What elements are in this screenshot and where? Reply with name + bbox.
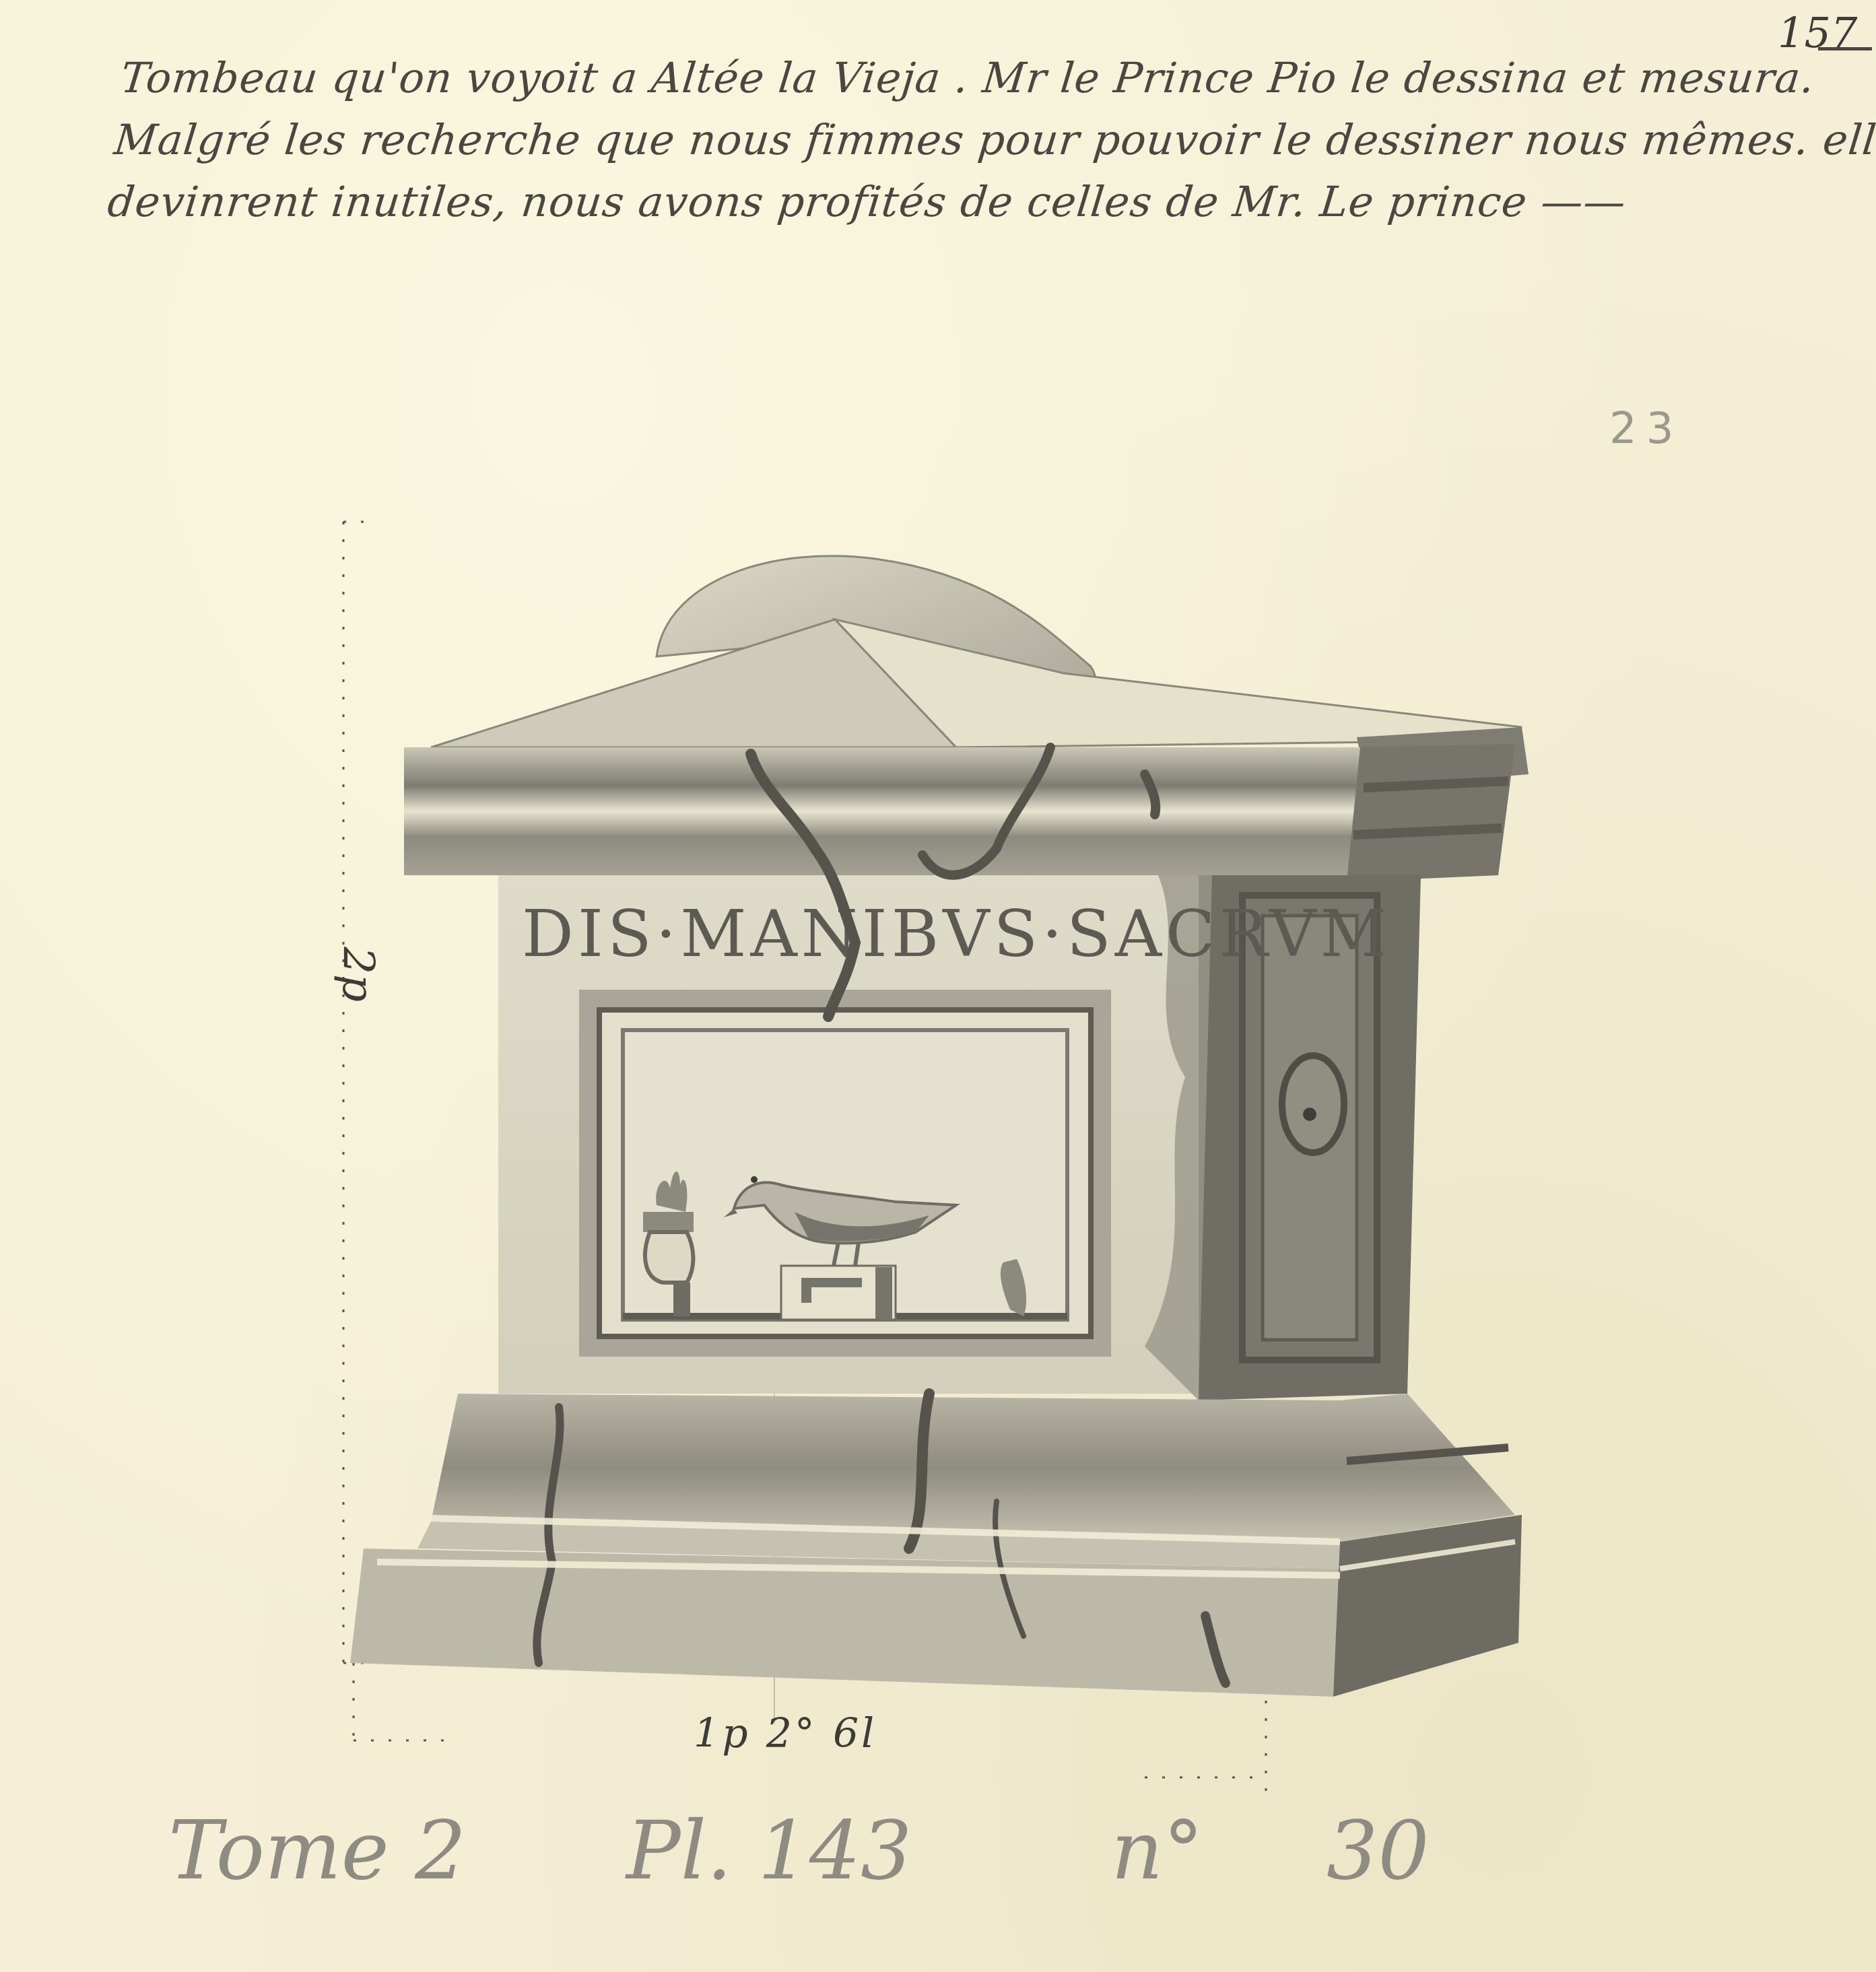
catalog-number-label: n° xyxy=(1111,1804,1203,1898)
inscription-text: DIS·MANIBVS·SACRVM xyxy=(522,896,1391,972)
side-roundel xyxy=(1282,1056,1344,1153)
catalog-tome: Tome 2 xyxy=(168,1804,466,1898)
catalog-number: 30 xyxy=(1327,1804,1430,1898)
height-dimension-label: 2p xyxy=(333,947,382,1002)
cornice-front xyxy=(404,747,1360,875)
width-dimension-label: 1p 2° 6l xyxy=(694,1710,877,1757)
cornice-side xyxy=(1347,744,1515,882)
plinth-side xyxy=(1333,1515,1522,1697)
altar-drawing: DIS·MANIBVS·SACRVM xyxy=(0,0,1876,1972)
catalog-plate: Pl. 143 xyxy=(626,1804,912,1898)
